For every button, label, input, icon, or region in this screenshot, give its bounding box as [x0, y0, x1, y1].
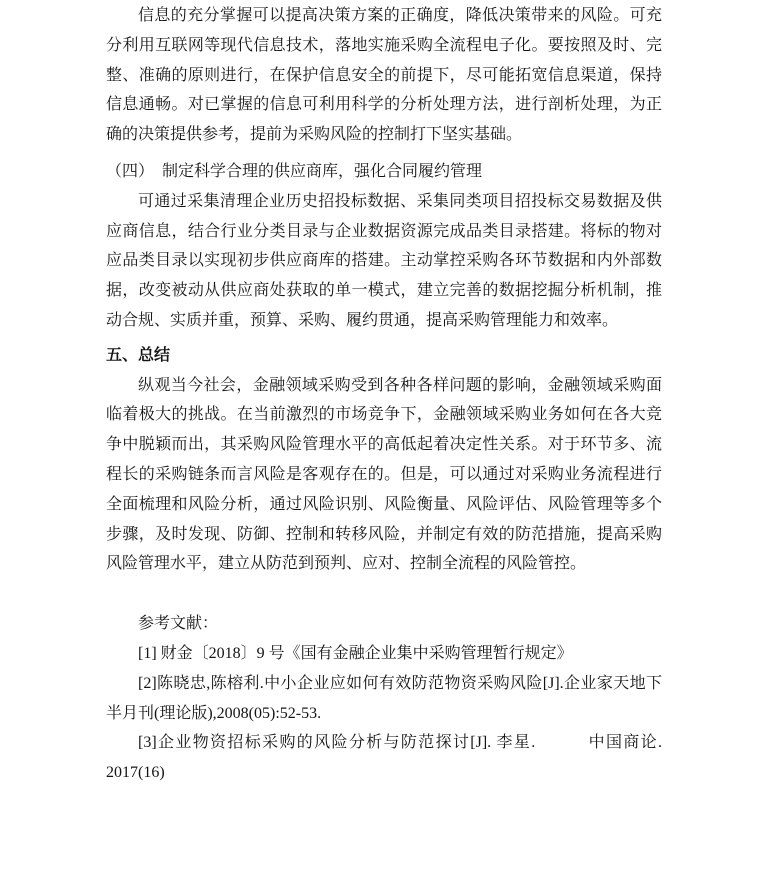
paragraph-information-mastery: 信息的充分掌握可以提高决策方案的正确度，降低决策带来的风险。可充分利用互联网等现… [106, 1, 662, 150]
document-page: 信息的充分掌握可以提高决策方案的正确度，降低决策带来的风险。可充分利用互联网等现… [0, 0, 780, 886]
heading-section-4-supplier-database: （四） 制定科学合理的供应商库，强化合同履约管理 [106, 157, 662, 187]
paragraph-supplier-database: 可通过采集清理企业历史招投标数据、采集同类项目招投标交易数据及供应商信息，结合行… [106, 187, 662, 336]
references-title: 参考文献： [106, 609, 662, 639]
heading-section-5-summary: 五、总结 [106, 341, 662, 371]
paragraph-summary: 纵观当今社会，金融领域采购受到各种各样问题的影响，金融领域采购面临着极大的挑战。… [106, 371, 662, 580]
reference-3: [3]企业物资招标采购的风险分析与防范探讨[J]. 李星. 中国商论. 2017… [106, 728, 662, 788]
document-content: 信息的充分掌握可以提高决策方案的正确度，降低决策带来的风险。可充分利用互联网等现… [106, 1, 662, 788]
reference-1: [1] 财金〔2018〕9 号《国有金融企业集中采购管理暂行规定》 [106, 639, 662, 669]
reference-2: [2]陈晓忠,陈榕利.中小企业应如何有效防范物资采购风险[J].企业家天地下半月… [106, 669, 662, 729]
